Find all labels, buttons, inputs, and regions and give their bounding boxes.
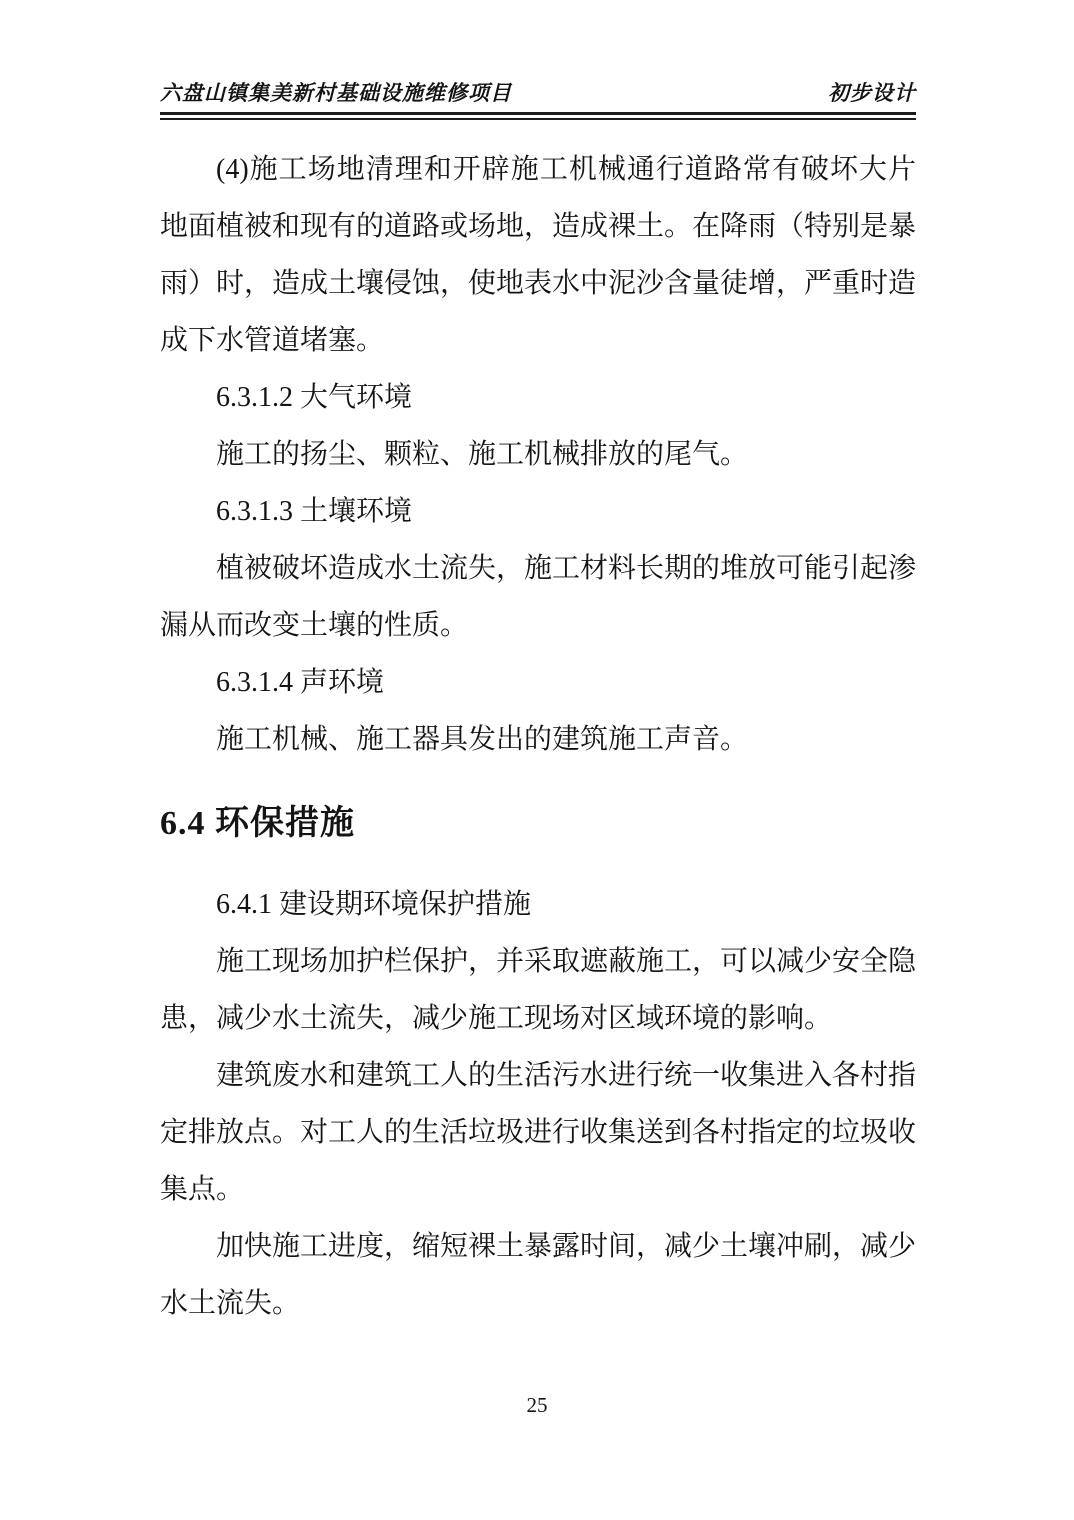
subheading-6314-sound: 6.3.1.4 声环境	[160, 654, 916, 711]
subheading-641-construction-period: 6.4.1 建设期环境保护措施	[160, 876, 916, 933]
paragraph-soil-erosion: 植被破坏造成水土流失，施工材料长期的堆放可能引起渗漏从而改变土壤的性质。	[160, 540, 916, 654]
page-header-row: 六盘山镇集美新村基础设施维修项目 初步设计	[160, 80, 916, 106]
document-page: 六盘山镇集美新村基础设施维修项目 初步设计 (4)施工场地清理和开辟施工机械通行…	[0, 0, 1074, 1520]
paragraph-site-fencing: 施工现场加护栏保护，并采取遮蔽施工，可以减少安全隐患，减少水土流失，减少施工现场…	[160, 933, 916, 1047]
paragraph-site-clearing: (4)施工场地清理和开辟施工机械通行道路常有破坏大片地面植被和现有的道路或场地，…	[160, 141, 916, 369]
paragraph-speed-up-construction: 加快施工进度，缩短裸土暴露时间，减少土壤冲刷，减少水土流失。	[160, 1218, 916, 1332]
subheading-6313-soil: 6.3.1.3 土壤环境	[160, 483, 916, 540]
paragraph-dust-emissions: 施工的扬尘、颗粒、施工机械排放的尾气。	[160, 426, 916, 483]
heading-64-environmental-measures: 6.4 环保措施	[160, 794, 916, 854]
header-double-rule	[160, 112, 916, 120]
subheading-6312-atmosphere: 6.3.1.2 大气环境	[160, 369, 916, 426]
paragraph-wastewater-collection: 建筑废水和建筑工人的生活污水进行统一收集进入各村指定排放点。对工人的生活垃圾进行…	[160, 1047, 916, 1218]
document-body: (4)施工场地清理和开辟施工机械通行道路常有破坏大片地面植被和现有的道路或场地，…	[160, 141, 916, 1332]
paragraph-construction-noise: 施工机械、施工器具发出的建筑施工声音。	[160, 711, 916, 768]
page-header: 六盘山镇集美新村基础设施维修项目 初步设计	[160, 80, 916, 120]
header-project-title: 六盘山镇集美新村基础设施维修项目	[160, 80, 512, 106]
page-number: 25	[527, 1393, 548, 1417]
page-footer: 25	[0, 1392, 1074, 1418]
header-stage-label: 初步设计	[828, 80, 916, 106]
